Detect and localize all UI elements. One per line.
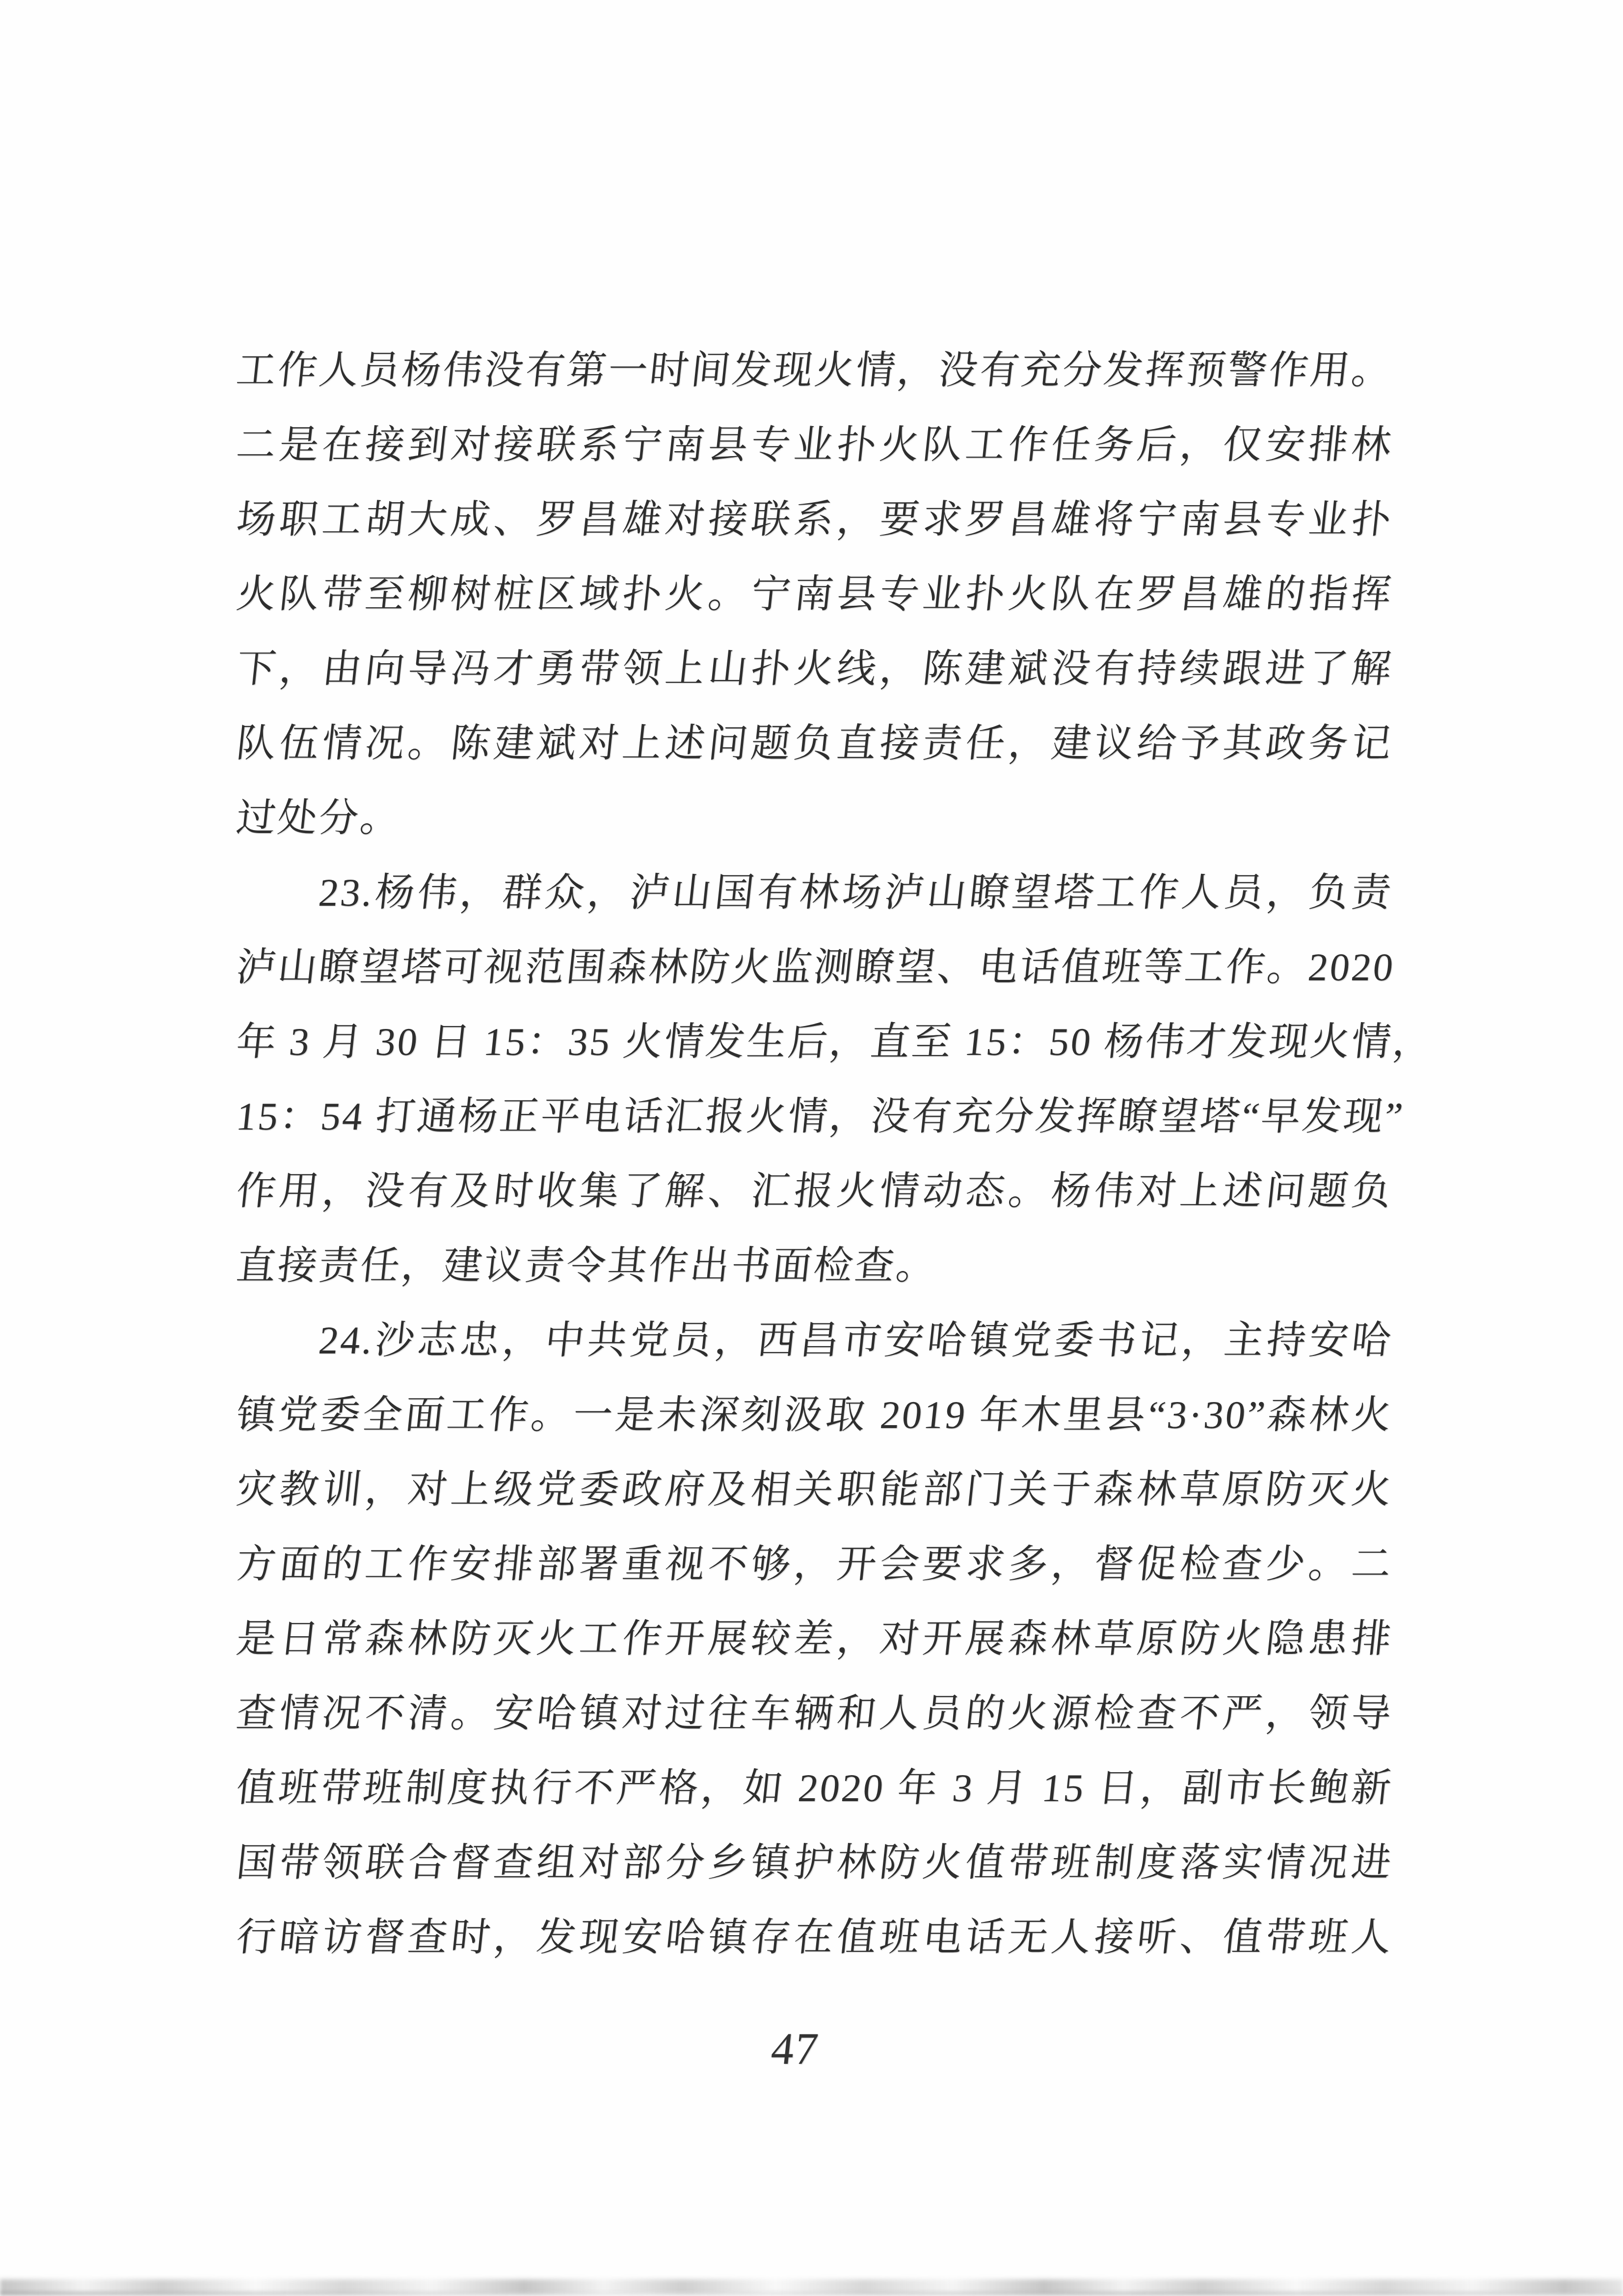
text-line: 镇党委全面工作。一是未深刻汲取 2019 年木里县“3·30”森林火 bbox=[233, 1378, 1397, 1453]
text-line: 值班带班制度执行不严格，如 2020 年 3 月 15 日，副市长鲍新 bbox=[233, 1751, 1397, 1826]
document-page: 工作人员杨伟没有第一时间发现火情，没有充分发挥预警作用。 二是在接到对接联系宁南… bbox=[0, 0, 1623, 2296]
text-line: 过处分。 bbox=[233, 781, 1397, 856]
text-line: 泸山瞭望塔可视范围森林防火监测瞭望、电话值班等工作。2020 bbox=[233, 930, 1397, 1005]
text-line-paragraph-23-start: 23.杨伟，群众，泸山国有林场泸山瞭望塔工作人员，负责 bbox=[233, 856, 1397, 930]
text-line: 国带领联合督查组对部分乡镇护林防火值带班制度落实情况进 bbox=[233, 1826, 1397, 1900]
page-footer: 47 bbox=[0, 2022, 1623, 2076]
page-number: 47 bbox=[769, 2022, 822, 2076]
text-line: 直接责任，建议责令其作出书面检查。 bbox=[233, 1229, 1397, 1303]
text-line: 是日常森林防灭火工作开展较差，对开展森林草原防火隐患排 bbox=[233, 1602, 1397, 1676]
text-line: 灾教训，对上级党委政府及相关职能部门关于森林草原防灭火 bbox=[233, 1453, 1397, 1527]
text-line: 行暗访督查时，发现安哈镇存在值班电话无人接听、值带班人 bbox=[233, 1900, 1397, 1975]
text-line: 队伍情况。陈建斌对上述问题负直接责任，建议给予其政务记 bbox=[233, 706, 1397, 781]
text-line: 场职工胡大成、罗昌雄对接联系，要求罗昌雄将宁南县专业扑 bbox=[233, 483, 1397, 557]
text-line: 下，由向导冯才勇带领上山扑火线，陈建斌没有持续跟进了解 bbox=[233, 632, 1397, 706]
text-line: 工作人员杨伟没有第一时间发现火情，没有充分发挥预警作用。 bbox=[233, 333, 1397, 408]
text-line: 作用，没有及时收集了解、汇报火情动态。杨伟对上述问题负 bbox=[233, 1154, 1397, 1229]
body-text: 工作人员杨伟没有第一时间发现火情，没有充分发挥预警作用。 二是在接到对接联系宁南… bbox=[233, 333, 1389, 1975]
text-line: 查情况不清。安哈镇对过往车辆和人员的火源检查不严，领导 bbox=[233, 1676, 1397, 1751]
text-line: 15：54 打通杨正平电话汇报火情，没有充分发挥瞭望塔“早发现” bbox=[233, 1080, 1397, 1154]
text-line: 年 3 月 30 日 15：35 火情发生后，直至 15：50 杨伟才发现火情， bbox=[233, 1005, 1397, 1080]
text-line-paragraph-24-start: 24.沙志忠，中共党员，西昌市安哈镇党委书记，主持安哈 bbox=[233, 1303, 1397, 1378]
text-line: 二是在接到对接联系宁南县专业扑火队工作任务后，仅安排林 bbox=[233, 408, 1397, 483]
text-line: 方面的工作安排部署重视不够，开会要求多，督促检查少。二 bbox=[233, 1527, 1397, 1602]
scan-edge-artifact bbox=[0, 2291, 1623, 2296]
text-line: 火队带至柳树桩区域扑火。宁南县专业扑火队在罗昌雄的指挥 bbox=[233, 557, 1397, 632]
